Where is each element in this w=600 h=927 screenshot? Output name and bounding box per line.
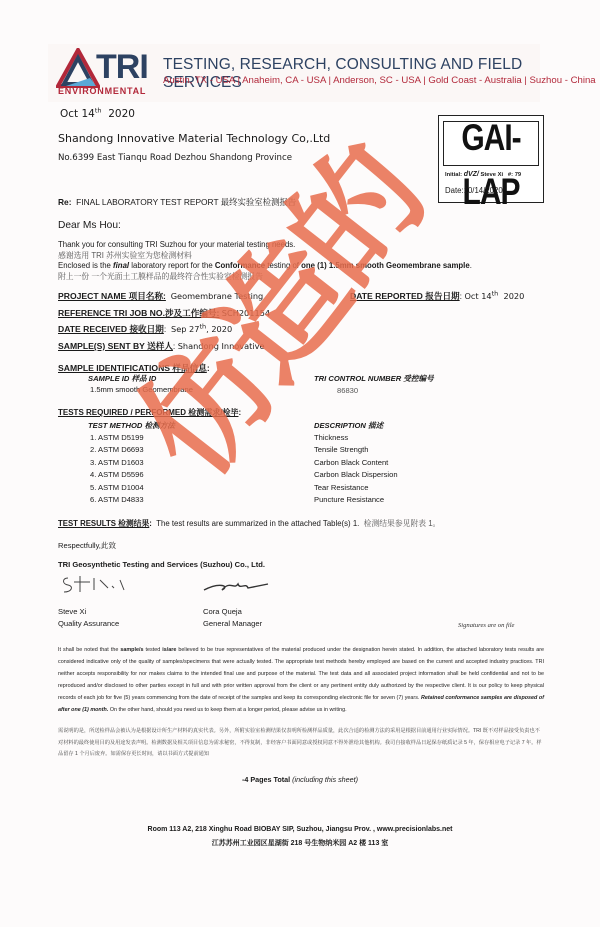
description-column-header: DESCRIPTION 描述: [314, 420, 383, 431]
control-number-value: 86830: [337, 386, 358, 395]
date-reported-year: 2020: [504, 291, 525, 301]
initial-label: Initial:: [445, 172, 462, 178]
salutation: Dear Ms Hou:: [58, 220, 121, 231]
stamp-logo-box: GAI-LAP: [443, 121, 539, 166]
enclosed-en: Enclosed is the final laboratory report …: [58, 261, 472, 270]
control-number-column-header: TRI CONTROL NUMBER 受控编号: [314, 373, 434, 384]
date-reported-day: Oct 14: [464, 291, 491, 301]
letterhead-title: TESTING, RESEARCH, CONSULTING AND FIELD …: [163, 56, 600, 92]
logo-text: TRI: [96, 48, 148, 86]
project-name-label: PROJECT NAME 项目名称:: [58, 291, 166, 301]
date-reported-value: Oct 14th 2020: [464, 291, 524, 301]
date-received-year: , 2020: [206, 324, 232, 334]
date-reported-label: DATE REPORTED 报告日期: [350, 291, 460, 301]
test-results-label: TEST RESULTS 检测结果: [58, 519, 149, 528]
disclaimer-cn: 需说明的是，所送检样品会被认为是根据设计所生产材料的真实代表。另外，所附实验室检…: [58, 726, 544, 761]
gai-lap-stamp: GAI-LAP Initial: dVZ/ Steve Xi #: 79 Dat…: [438, 115, 544, 203]
enclosed-text: .: [470, 261, 472, 270]
stamp-date: Date:10/14/2020: [445, 186, 503, 195]
job-no-field: REFERENCE TRI JOB NO.涉及工作编号: SCH201154: [58, 307, 270, 319]
tests-heading-text: TESTS REQUIRED / PERFORMED 检测需求/检毕: [58, 408, 238, 417]
test-results-text-cn: 检测结果参见附表 1。: [364, 519, 441, 528]
recipient-company: Shandong Innovative Material Technology …: [58, 132, 330, 145]
enclosed-conformance: Conformance: [215, 261, 265, 270]
re-line: Re: FINAL LABORATORY TEST REPORT 最终实验室检测…: [58, 196, 296, 208]
disclaimer-text: believed to be true representatives of t…: [58, 647, 544, 701]
date-received-day: Sep 27: [171, 324, 199, 334]
sent-by-field: SAMPLE(S) SENT BY 送样人: Shandong Innovati…: [58, 340, 265, 352]
number-label: #:: [508, 172, 513, 178]
test-method-cell: 4. ASTM D5596: [90, 470, 144, 479]
signatures-on-file-note: Signatures are on file: [458, 622, 514, 629]
steve-xi-signature-icon: [60, 572, 130, 596]
signing-company: TRI Geosynthetic Testing and Services (S…: [58, 560, 265, 569]
footer-address-cn: 江苏苏州工业园区星湖街 218 号生物纳米园 A2 楼 113 室: [0, 838, 600, 848]
letterhead-locations: Austin, TX - USA | Anaheim, CA - USA | A…: [163, 75, 596, 86]
date-suffix: th: [95, 107, 102, 115]
project-name-field: PROJECT NAME 项目名称: Geomembrane Testing: [58, 290, 263, 302]
disclaimer-text: On the other hand, should you need us to…: [108, 707, 346, 713]
test-method-column-header: TEST METHOD 检测方法: [88, 420, 175, 431]
tri-logo: TRI ENVIRONMENTAL: [56, 48, 156, 98]
job-no-value: SCH201154: [222, 308, 270, 318]
recipient-address: No.6399 East Tianqu Road Dezhou Shandong…: [58, 153, 292, 163]
thanks-en: Thank you for consulting TRI Suzhou for …: [58, 240, 295, 249]
logo-subtext: ENVIRONMENTAL: [58, 86, 146, 96]
re-text: FINAL LABORATORY TEST REPORT 最终实验室检测报告: [76, 197, 296, 207]
test-description-cell: Thickness: [314, 433, 348, 442]
triangle-logo-icon: [56, 48, 100, 88]
test-method-cell: 1. ASTM D5199: [90, 433, 144, 442]
stamp-initial: Initial: dVZ/ Steve Xi #: 79: [445, 171, 521, 178]
enclosed-sample: one (1) 1.5mm smooth Geomembrane sample: [301, 261, 470, 270]
footer-address-en: Room 113 A2, 218 Xinghu Road BIOBAY SIP,…: [0, 826, 600, 833]
sample-id-column-header: SAMPLE ID 样品 ID: [88, 373, 156, 384]
sent-by-value: Shandong Innovative: [178, 341, 265, 351]
test-results-text: The test results are summarized in the a…: [156, 519, 359, 528]
project-name-value: Geomembrane Testing: [171, 291, 264, 301]
test-method-cell: 3. ASTM D1603: [90, 458, 144, 467]
test-method-cell: 2. ASTM D6693: [90, 445, 144, 454]
initial-name: Steve Xi: [481, 172, 504, 178]
enclosed-text: laboratory report for the: [129, 261, 215, 270]
test-method-cell: 6. ASTM D4833: [90, 495, 144, 504]
job-no-label: REFERENCE TRI JOB NO.涉及工作编号:: [58, 308, 219, 318]
date-reported-suffix: th: [492, 289, 499, 297]
disclaimer-samples: sample/s: [120, 647, 143, 653]
stamp-number: 79: [515, 172, 521, 178]
test-description-cell: Puncture Resistance: [314, 495, 384, 504]
pages-total-count: -4 Pages Total: [242, 775, 290, 784]
sample-id-value: 1.5mm smooth Geomembrane: [90, 385, 193, 394]
thanks-cn: 感谢选用 TRI 苏州实验室为您检测材料: [58, 250, 192, 261]
enclosed-text: testing of: [265, 261, 301, 270]
disclaimer-en: It shall be noted that the sample/s test…: [58, 644, 544, 716]
stamp-logo: GAI-LAP: [444, 111, 538, 219]
disclaimer-isare: is/are: [162, 647, 176, 653]
letter-date: Oct 14th 2020: [60, 108, 135, 120]
tests-heading: TESTS REQUIRED / PERFORMED 检测需求/检毕:: [58, 407, 241, 418]
signer2-title: General Manager: [203, 619, 262, 628]
date-day: Oct 14: [60, 108, 95, 120]
pages-total-note: (including this sheet): [292, 775, 358, 784]
date-year: 2020: [108, 108, 135, 120]
enclosed-text: Enclosed is the: [58, 261, 113, 270]
test-description-cell: Carbon Black Dispersion: [314, 470, 398, 479]
date-reported-field: DATE REPORTED 报告日期: Oct 14th 2020: [350, 290, 524, 302]
date-received-field: DATE RECEIVED 接收日期: Sep 27th, 2020: [58, 323, 232, 335]
sample-ids-heading-text: SAMPLE IDENTIFICATIONS 样品信息: [58, 363, 207, 373]
disclaimer-text: It shall be noted that the: [58, 647, 120, 653]
test-description-cell: Carbon Black Content: [314, 458, 388, 467]
pages-total: -4 Pages Total (including this sheet): [0, 775, 600, 784]
test-description-cell: Tear Resistance: [314, 483, 368, 492]
disclaimer-text: tested: [143, 647, 162, 653]
cora-queja-signature-icon: [200, 576, 270, 596]
re-label: Re:: [58, 197, 72, 207]
test-results-line: TEST RESULTS 检测结果: The test results are …: [58, 518, 440, 529]
date-received-label: DATE RECEIVED 接收日期: [58, 324, 164, 334]
date-received-value: Sep 27th, 2020: [171, 324, 232, 334]
enclosed-final: final: [113, 261, 129, 270]
respectfully: Respectfully,此致: [58, 540, 116, 551]
initial-signature: dVZ/: [464, 171, 479, 178]
enclosed-cn: 附上一份 一个光面土工膜样品的最终符合性实验室检测报告: [58, 271, 263, 282]
signer1-name: Steve Xi: [58, 607, 86, 616]
test-method-cell: 5. ASTM D1004: [90, 483, 144, 492]
sent-by-label: SAMPLE(S) SENT BY 送样人: [58, 341, 173, 351]
signer1-title: Quality Assurance: [58, 619, 119, 628]
test-description-cell: Tensile Strength: [314, 445, 368, 454]
signer2-name: Cora Queja: [203, 607, 242, 616]
